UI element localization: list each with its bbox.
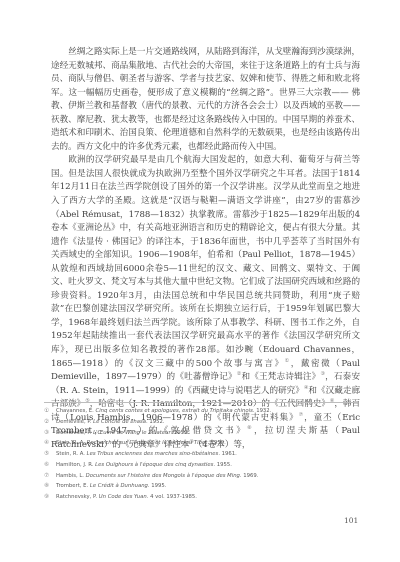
footnote-item: ⑥ Hamilton, J. R. Les Ouïghours à l'époq… [44,460,364,471]
body-text: 丝绸之路实际上是一片交通路线网，从陆路到海洋，从戈壁瀚海到沙漠绿洲，途经无数城邦… [51,46,360,452]
footnote-text: Chavannes, E. Cinq cents contes et apolo… [56,406,271,417]
footnote-text: Demiéville, P. Le Concile de Lhasa. 1952… [56,417,165,428]
footnote-text: Hamilton, J. R. Les Ouïghours à l'époque… [56,460,232,471]
footnotes: ① Chavannes, E. Cinq cents contes et apo… [44,406,364,503]
paragraph-segment: 和《王梵志诗辑注》 [241,372,320,382]
footnote-number: ⑨ [44,492,56,503]
book-page: 丝绸之路实际上是一片交通路线网，从陆路到海洋，从戈壁瀚海到沙漠绿洲，途经无数城邦… [0,0,400,562]
footnote-number: ⑧ [44,481,56,492]
footnote-item: ⑨ Ratchnevsky, P. Un Code des Yuan. 4 vo… [44,492,364,503]
footnote-item: ② Demiéville, P. Le Concile de Lhasa. 19… [44,417,364,428]
footnote-text: Trombert, E. Le Crédit à Dunhuang. 1995. [56,481,166,492]
footnote-item: ⑦ Hambis, L. Documents sur l'histoire de… [44,471,364,482]
footnote-item: ① Chavannes, E. Cinq cents contes et apo… [44,406,364,417]
footnote-number: ③ [44,428,56,439]
footnote-number: ⑦ [44,471,56,482]
page-number: 101 [344,516,358,525]
footnote-number: ⑤ [44,449,56,460]
footnote-text: Ratchnevsky, P. Un Code des Yuan. 4 vol.… [56,492,197,503]
footnote-item: ④ Stein, R. A. Recherches sur L'épopée e… [44,438,364,449]
footnote-number: ① [44,406,56,417]
footnote-text: Stein, R. A. Recherches sur L'épopée et … [56,438,226,449]
footnote-item: ⑤ Stein, R. A. Les Tribus anciennes des … [44,449,364,460]
footnote-number: ④ [44,438,56,449]
footnote-separator [44,402,358,403]
footnote-item: ⑧ Trombert, E. Le Crédit à Dunhuang. 199… [44,481,364,492]
paragraph-silk-road: 丝绸之路实际上是一片交通路线网，从陆路到海洋，从戈壁瀚海到沙漠绿洲，途经无数城邦… [51,46,360,154]
footnote-text: Demiéville, P. L'Œuvre de Wang le Zélate… [56,428,189,439]
footnote-text: Hambis, L. Documents sur l'histoire des … [56,471,258,482]
footnote-number: ② [44,417,56,428]
footnote-item: ③ Demiéville, P. L'Œuvre de Wang le Zéla… [44,428,364,439]
footnote-number: ⑥ [44,460,56,471]
paragraph-segment: 欧洲的汉学研究最早是由几个航海大国发起的，如意大利、葡萄牙与荷兰等国。但是法国人… [51,155,360,368]
footnote-text: Stein, R. A. Les Tribus anciennes des ma… [56,449,237,460]
